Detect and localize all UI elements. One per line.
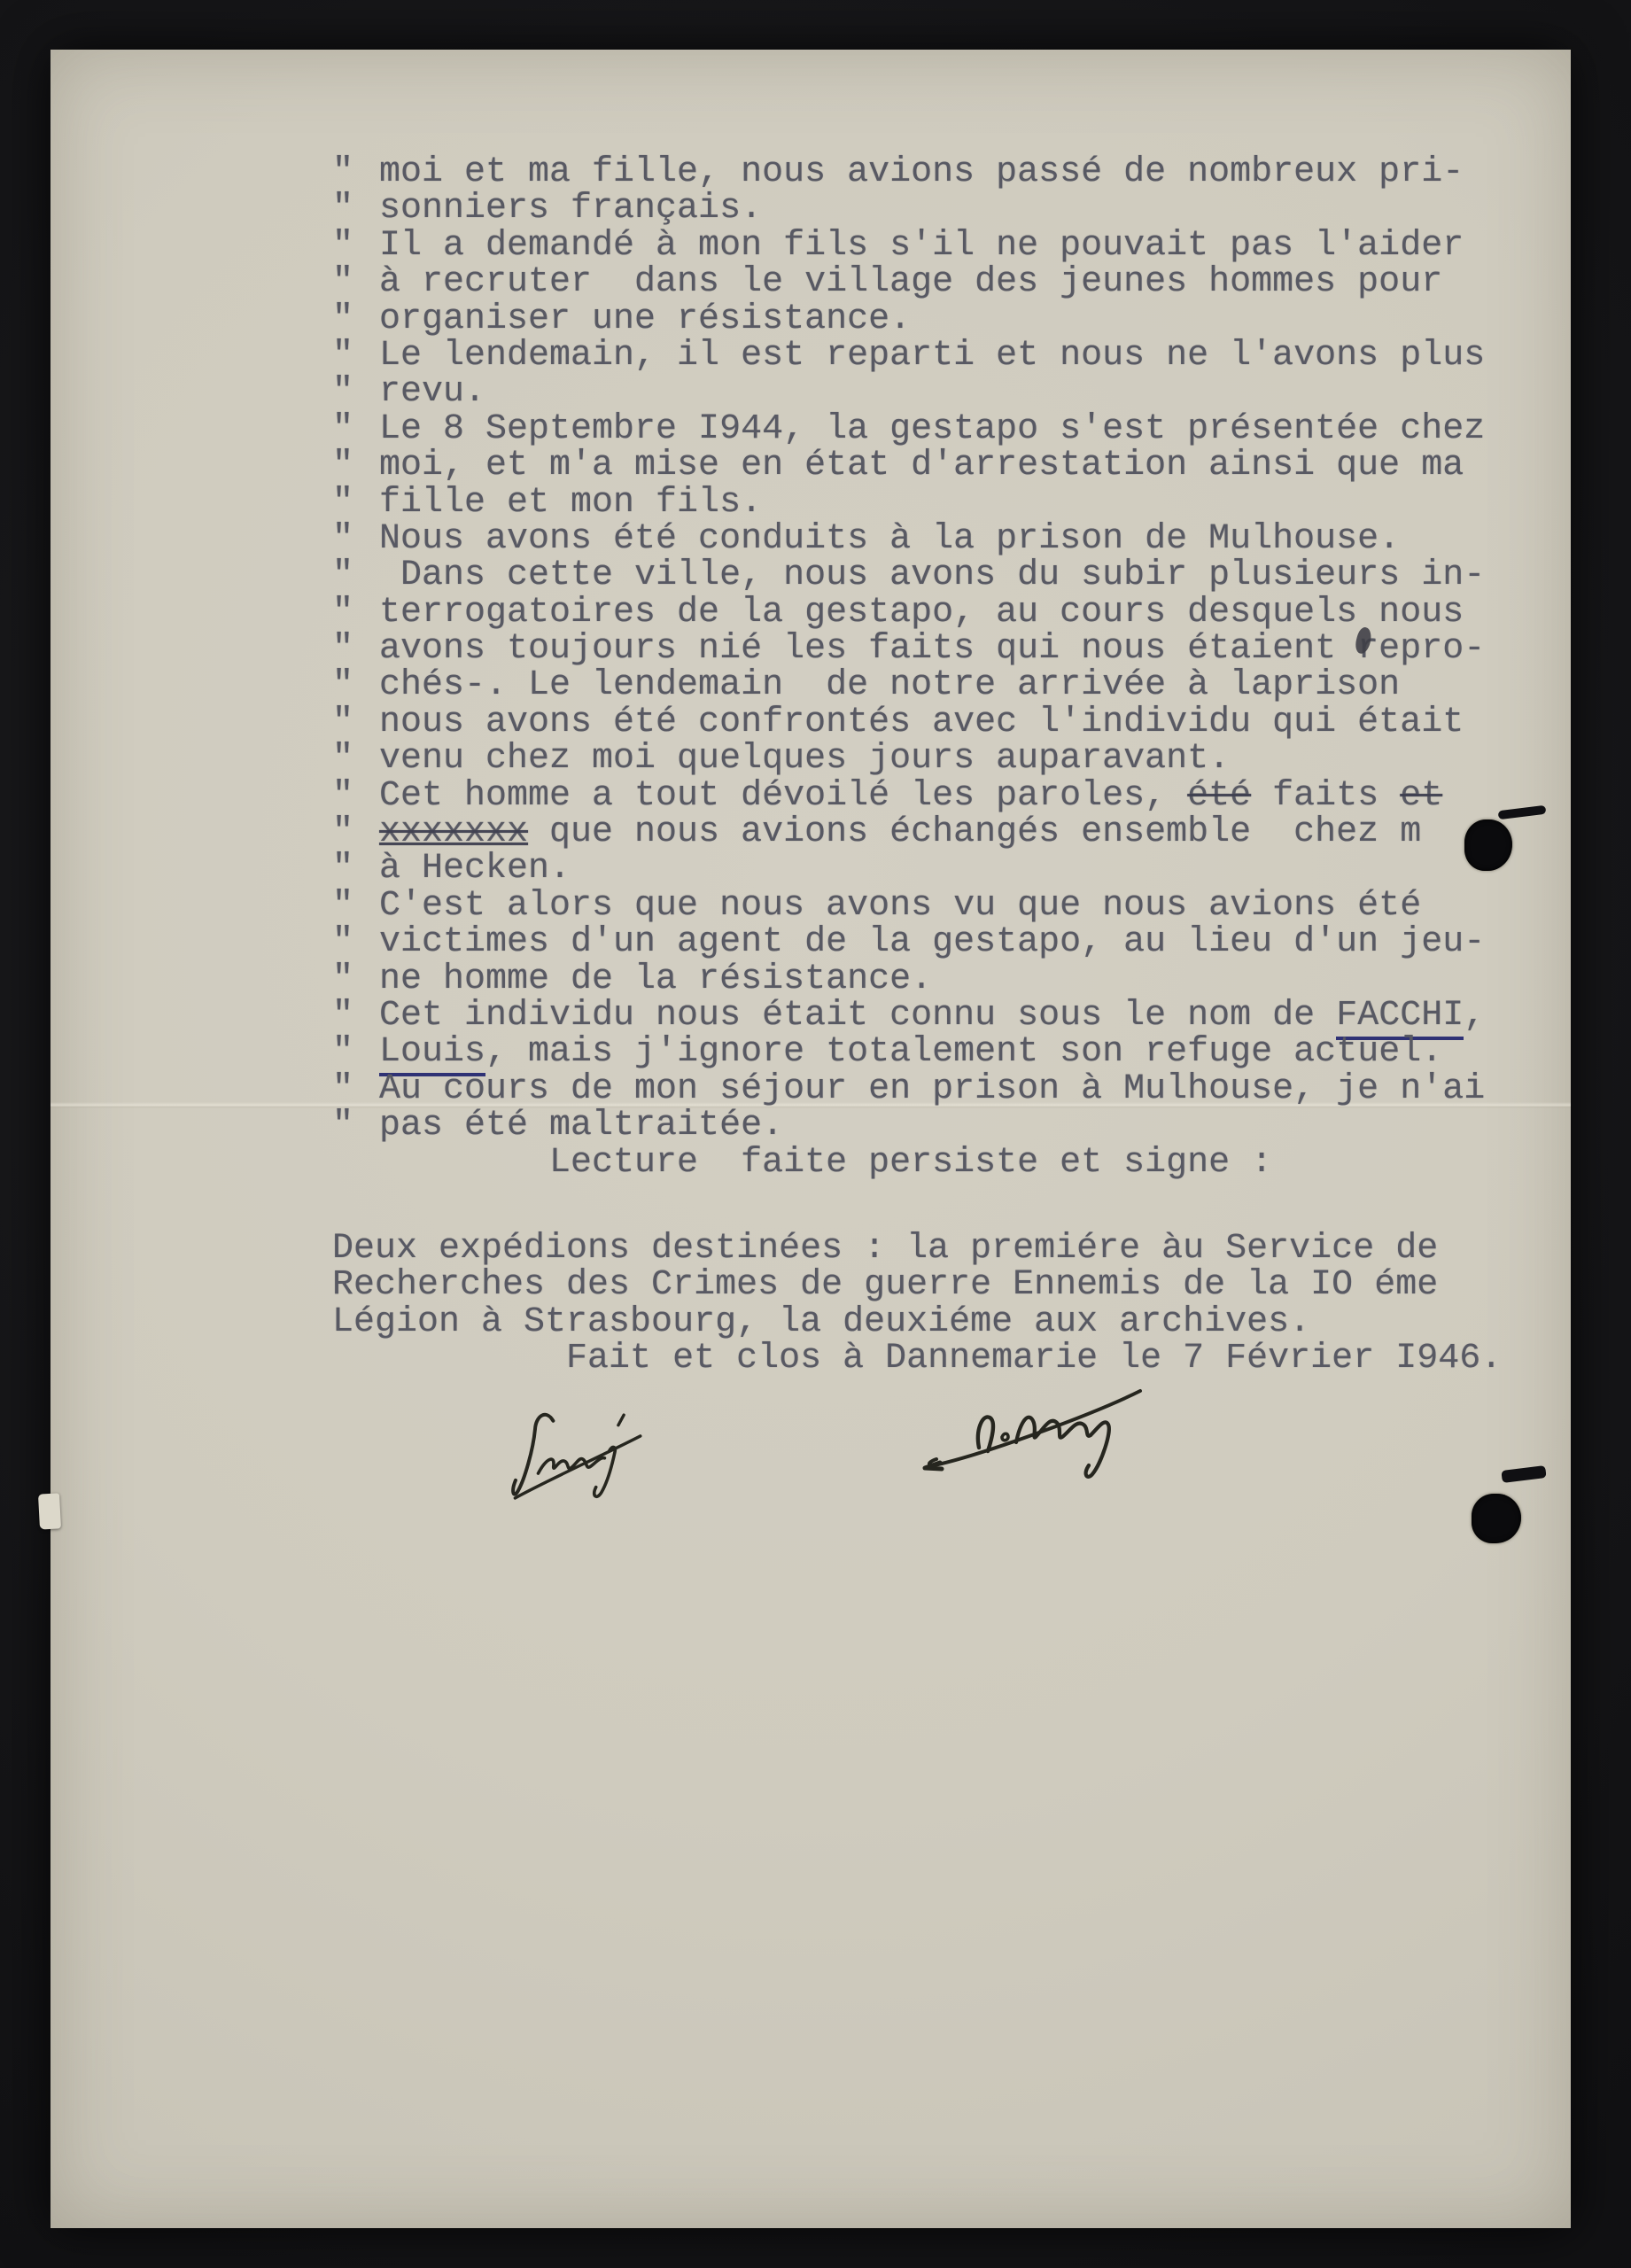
typed-line: "Louis, mais j'ignore totalement son ref… [50,1034,1571,1070]
typed-line: "à recruter dans le village des jeunes h… [50,264,1571,300]
typed-line: "Cet homme a tout dévoilé les paroles, é… [50,778,1571,814]
typed-line: "organiser une résistance. [50,301,1571,338]
typed-line: Fait et clos à Dannemarie le 7 Février I… [50,1340,1571,1377]
typed-line: "Au cours de mon séjour en prison à Mulh… [50,1071,1571,1107]
typed-line: Recherches des Crimes de guerre Ennemis … [50,1267,1571,1303]
punch-hole-bottom-tear [1501,1465,1546,1483]
document-page: "moi et ma fille, nous avions passé de n… [50,50,1571,2228]
typed-line: "avons toujours nié les faits qui nous é… [50,631,1571,667]
typed-line: "à Hecken. [50,850,1571,887]
typed-line: Lecture faite persiste et signe : [50,1145,1571,1181]
typed-line: "victimes d'un agent de la gestapo, au l… [50,924,1571,960]
signature-left [503,1386,702,1519]
typed-line: "fille et mon fils. [50,485,1571,521]
typed-line: Deux expédions destinées : la premiére à… [50,1231,1571,1267]
typed-line: "ne homme de la résistance. [50,961,1571,998]
typed-line: "moi et ma fille, nous avions passé de n… [50,154,1571,190]
typed-line: "Le lendemain, il est reparti et nous ne… [50,338,1571,374]
typed-line: "venu chez moi quelques jours auparavant… [50,741,1571,777]
typed-line: "Cet individu nous était connu sous le n… [50,998,1571,1034]
closing-paragraph: Deux expédions destinées : la premiére à… [50,1231,1571,1378]
scan-background: "moi et ma fille, nous avions passé de n… [0,0,1631,2268]
typed-line: Légion à Strasbourg, la deuxiéme aux arc… [50,1304,1571,1340]
typed-line: "Il a demandé à mon fils s'il ne pouvait… [50,228,1571,264]
typed-line: "nous avons été confrontés avec l'indivi… [50,704,1571,741]
typed-line: "terrogatoires de la gestapo, au cours d… [50,594,1571,631]
typed-line: "xxxxxxx que nous avions échangés ensemb… [50,814,1571,850]
typed-line: "Le 8 Septembre I944, la gestapo s'est p… [50,411,1571,447]
typed-line: "C'est alors que nous avons vu que nous … [50,888,1571,924]
typed-line: "Nous avons été conduits à la prison de … [50,521,1571,557]
signature-right [917,1379,1156,1498]
typed-line: "revu. [50,374,1571,410]
typed-line: " Dans cette ville, nous avons du subir … [50,557,1571,594]
testimony-lines: "moi et ma fille, nous avions passé de n… [50,154,1571,1181]
punch-hole-bottom [1472,1494,1521,1543]
typed-line: "chés-. Le lendemain de notre arrivée à … [50,667,1571,703]
typed-line: "sonniers français. [50,190,1571,227]
typed-line: "moi, et m'a mise en état d'arrestation … [50,447,1571,484]
typed-line: "pas été maltraitée. [50,1107,1571,1144]
torn-edge-tab [38,1493,61,1529]
